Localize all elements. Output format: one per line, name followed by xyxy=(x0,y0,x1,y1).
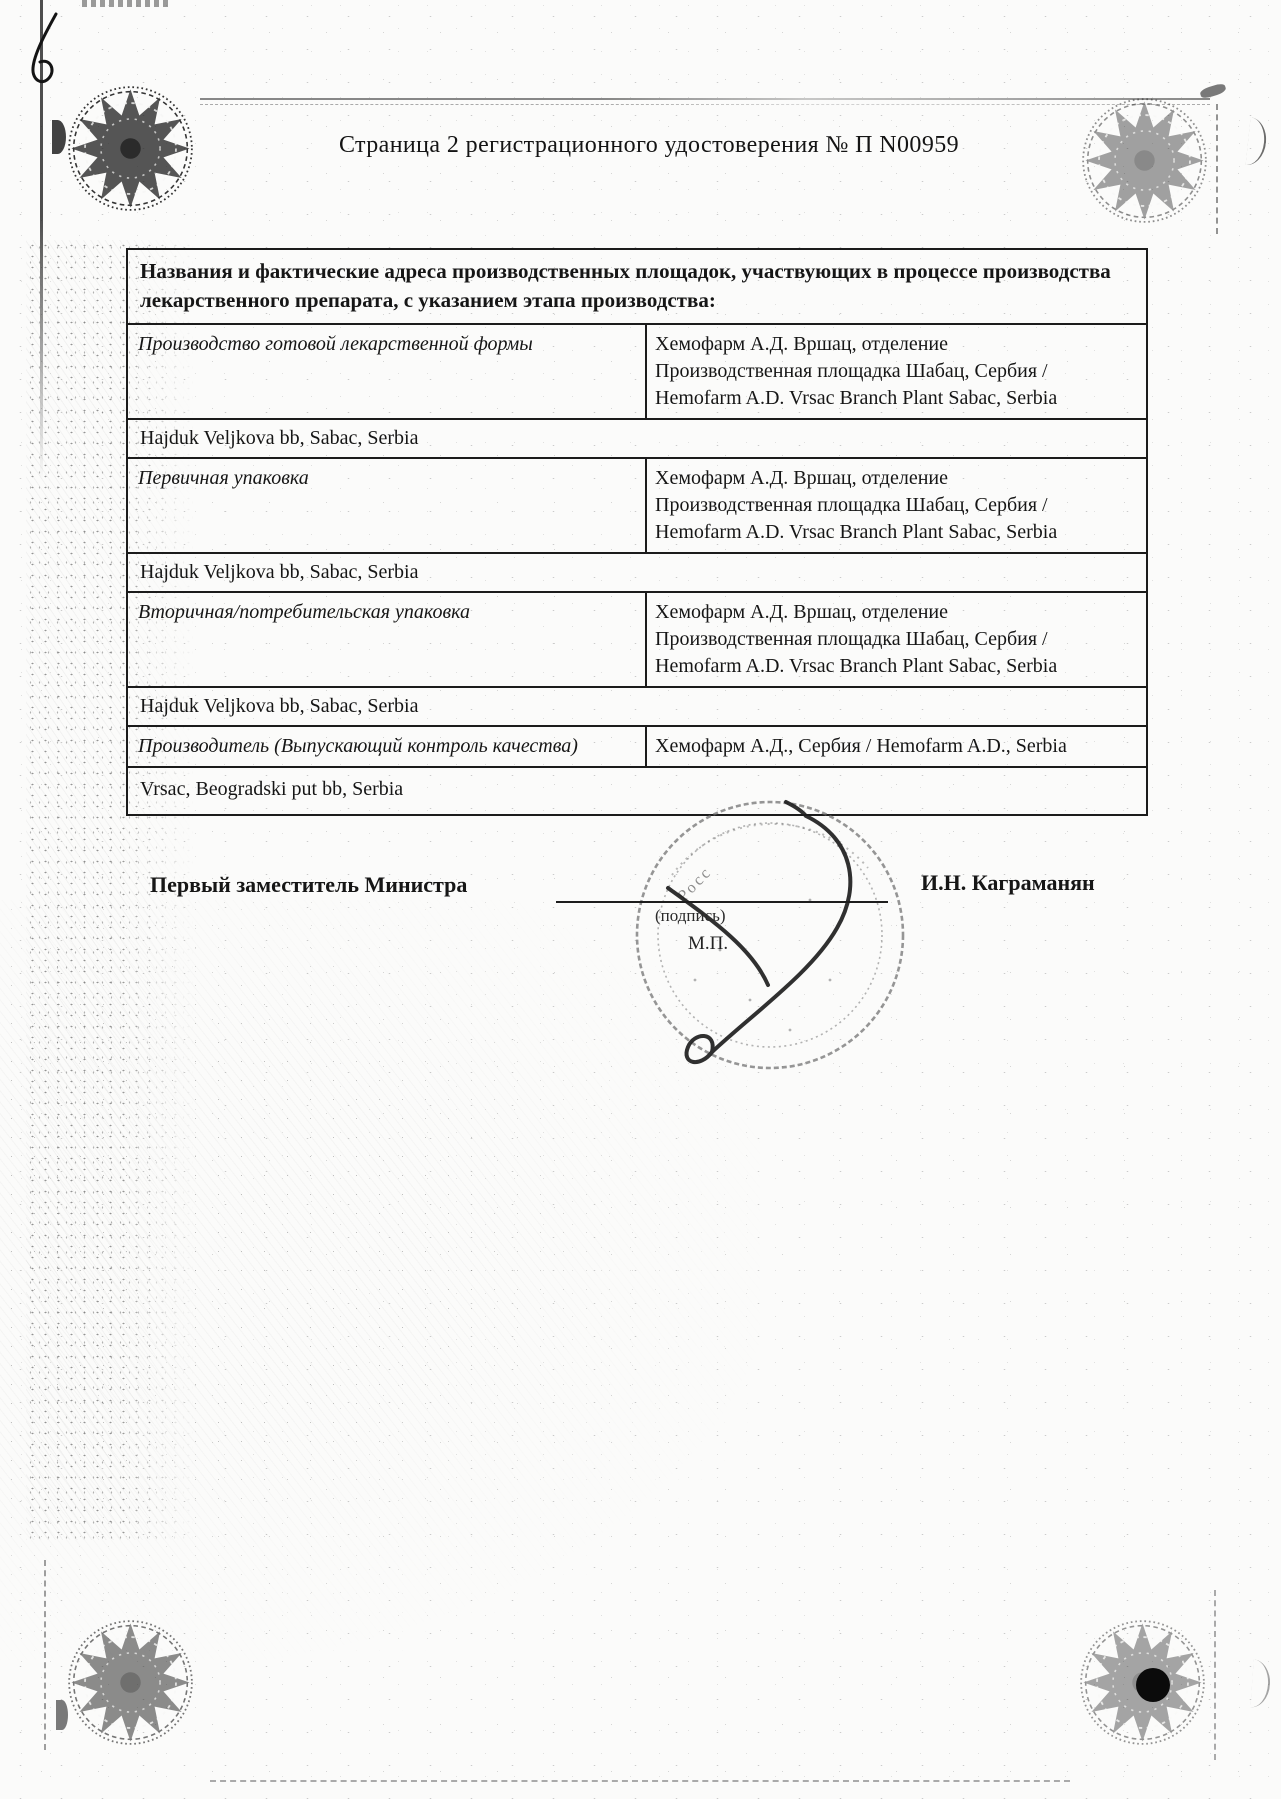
stage-cell: Производитель (Выпускающий контроль каче… xyxy=(128,727,647,766)
table-row: Вторичная/потребительская упаковка Хемоф… xyxy=(128,593,1146,688)
stage-cell: Первичная упаковка xyxy=(128,459,647,552)
guilloche-rosette-top-right xyxy=(1082,98,1207,223)
handwritten-mark: 6 xyxy=(16,10,76,94)
seal-note: М.П. xyxy=(688,933,728,955)
table-row: Производство готовой лекарственной формы… xyxy=(128,325,1146,420)
site-line: Производственная площадка Шабац, Сербия … xyxy=(655,358,1138,385)
site-line: Hemofarm A.D. Vrsac Branch Plant Sabac, … xyxy=(655,385,1138,412)
address-row: Hajduk Veljkova bb, Sabac, Serbia xyxy=(128,688,1146,727)
site-line: Хемофарм А.Д. Вршац, отделение xyxy=(655,331,1138,358)
manufacturing-sites-table: Названия и фактические адреса производст… xyxy=(126,248,1148,816)
site-cell: Хемофарм А.Д. Вршац, отделение Производс… xyxy=(647,459,1146,552)
signature-caption: (подпись) xyxy=(655,906,726,926)
address-row: Hajduk Veljkova bb, Sabac, Serbia xyxy=(128,420,1146,459)
border-frame-right-lower xyxy=(1214,1590,1216,1760)
table-row: Первичная упаковка Хемофарм А.Д. Вршац, … xyxy=(128,459,1146,554)
ink-dot xyxy=(1136,1668,1170,1702)
guilloche-rosette-top-left xyxy=(68,86,193,211)
edge-arc-mark-bottom xyxy=(1250,1659,1271,1708)
site-line: Хемофарм А.Д. Вршац, отделение xyxy=(655,599,1138,626)
site-line: Производственная площадка Шабац, Сербия … xyxy=(655,492,1138,519)
signatory-position-title: Первый заместитель Министра xyxy=(150,872,467,898)
scanned-certificate-page: 6 Страница 2 регистрационного удостовере… xyxy=(0,0,1281,1799)
site-cell: Хемофарм А.Д., Сербия / Hemofarm A.D., S… xyxy=(647,727,1146,766)
site-line: Hemofarm A.D. Vrsac Branch Plant Sabac, … xyxy=(655,519,1138,546)
address-row: Hajduk Veljkova bb, Sabac, Serbia xyxy=(128,554,1146,593)
site-line: Хемофарм А.Д., Сербия / Hemofarm A.D., S… xyxy=(655,733,1138,760)
site-cell: Хемофарм А.Д. Вршац, отделение Производс… xyxy=(647,325,1146,418)
top-edge-smudge xyxy=(82,0,168,7)
signatory-name: И.Н. Каграманян xyxy=(921,870,1095,896)
site-cell: Хемофарм А.Д. Вршац, отделение Производс… xyxy=(647,593,1146,686)
stage-cell: Производство готовой лекарственной формы xyxy=(128,325,647,418)
table-row: Производитель (Выпускающий контроль каче… xyxy=(128,727,1146,768)
round-stamp: Росс xyxy=(600,780,920,1100)
table-header: Названия и фактические адреса производст… xyxy=(128,250,1146,325)
border-frame-top xyxy=(200,98,1210,105)
border-frame-left-lower xyxy=(44,1560,46,1750)
stage-cell: Вторичная/потребительская упаковка xyxy=(128,593,647,686)
guilloche-rosette-bottom-left xyxy=(68,1620,193,1745)
border-frame-right xyxy=(1216,104,1218,234)
site-line: Хемофарм А.Д. Вршац, отделение xyxy=(655,465,1138,492)
site-line: Производственная площадка Шабац, Сербия … xyxy=(655,626,1138,653)
signature-line xyxy=(556,901,888,903)
site-line: Hemofarm A.D. Vrsac Branch Plant Sabac, … xyxy=(655,653,1138,680)
corner-ink-mark-bottom-left xyxy=(56,1700,68,1730)
border-frame-bottom xyxy=(210,1780,1070,1782)
